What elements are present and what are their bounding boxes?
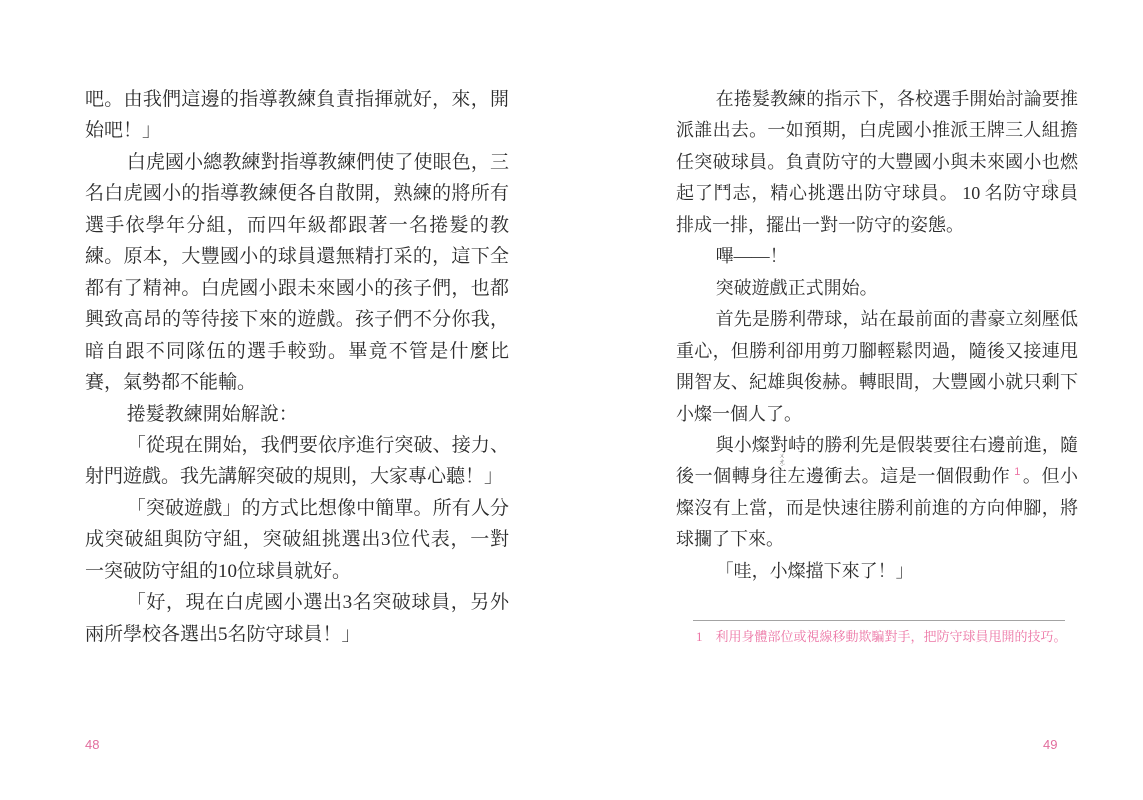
paragraph: 在捲髮教練的指示下，各校選手開始討論要推派誰出去。一如預期，白虎國小推派王牌三人…	[676, 84, 1078, 241]
paragraph: 首先是勝利帶球，站在最前面的書豪立刻壓低重心，但勝利卻用剪刀腳輕鬆閃過，隨後又接…	[676, 304, 1078, 430]
footnote-divider	[693, 620, 1065, 621]
zhuyin-ruby-ran: ㄖㄢˊ	[1046, 178, 1053, 197]
footnote-ref: 1	[1014, 466, 1020, 478]
paragraph: 「突破遊戲」的方式比想像中簡單。所有人分成突破組與防守組，突破組挑選出3位代表，…	[85, 493, 509, 587]
paragraph: 「從現在開始，我們要依序進行突破、接力、射門遊戲。我先講解突破的規則，大家專心聽…	[85, 430, 509, 493]
page-number-left: 48	[85, 737, 99, 752]
paragraph: 突破遊戲正式開始。	[676, 273, 1078, 304]
footnote: 1利用身體部位或視線移動欺騙對手，把防守球員甩開的技巧。	[696, 627, 1076, 646]
footnote-number: 1	[696, 629, 703, 644]
page-number-right: 49	[1043, 737, 1057, 752]
paragraph-with-footnote-ref: 與小燦對峙的勝利先是假裝要往右邊前進，隨後一個轉身往左邊衝去。這是一個假動作1。…	[676, 430, 1078, 556]
paragraph: 捲髮教練開始解說：	[85, 399, 509, 430]
left-page: 吧。由我們這邊的指導教練負責指揮就好，來，開始吧！」 白虎國小總教練對指導教練們…	[85, 84, 509, 650]
paragraph: 白虎國小總教練對指導教練們使了使眼色，三名白虎國小的指導教練便各自散開，熟練的將…	[85, 147, 509, 399]
right-page: 在捲髮教練的指示下，各校選手開始討論要推派誰出去。一如預期，白虎國小推派王牌三人…	[676, 84, 1078, 587]
zhuyin-ruby-wang: ㄨㄤˋ	[778, 452, 785, 471]
paragraph: 吧。由我們這邊的指導教練負責指揮就好，來，開始吧！」	[85, 84, 509, 147]
paragraph: 嗶——！	[676, 241, 1078, 272]
paragraph-text: 與小燦對峙的勝利先是假裝要往右邊前進，隨後一個轉身往左邊衝去。這是一個假動作	[676, 435, 1078, 486]
footnote-text: 利用身體部位或視線移動欺騙對手，把防守球員甩開的技巧。	[716, 629, 1067, 644]
paragraph: 「哇，小燦擋下來了！」	[676, 556, 1078, 587]
paragraph: 「好，現在白虎國小選出3名突破球員，另外兩所學校各選出5名防守球員！」	[85, 587, 509, 650]
